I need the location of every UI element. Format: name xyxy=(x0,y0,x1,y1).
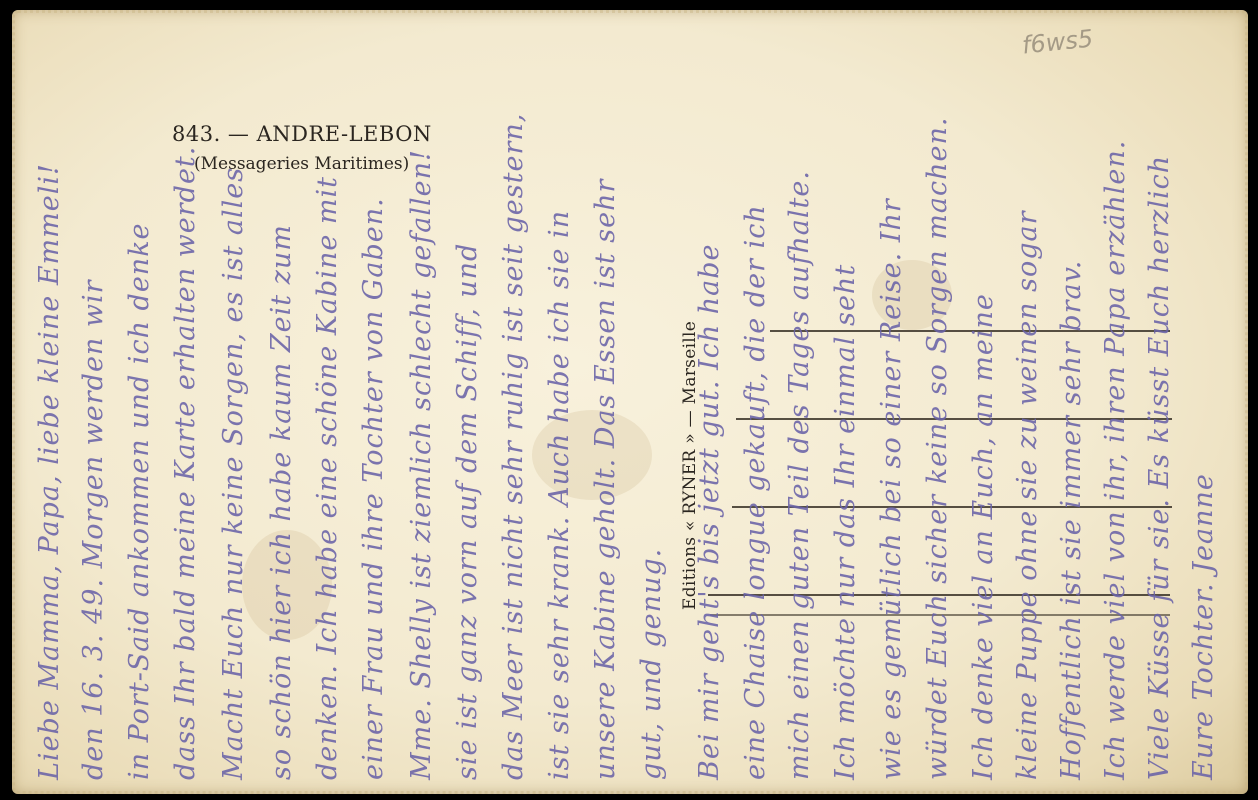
pencil-annotation: f6ws5 xyxy=(1021,24,1095,59)
handwriting-line: denken. Ich habe eine schöne Kabine mit xyxy=(312,176,343,780)
handwriting-signature: Eure Tochter. Jeanne xyxy=(1188,473,1219,780)
handwriting-line: Viele Küsse für sie. Es küsst Euch herzl… xyxy=(1144,155,1175,780)
handwriting-line: unsere Kabine geholt. Das Essen ist sehr xyxy=(590,179,621,780)
ship-name-caption: 843. — ANDRE-LEBON xyxy=(172,122,432,146)
handwriting-line: in Port-Said ankommen und ich denke xyxy=(124,222,155,780)
handwriting-line: Ich denke viel an Euch, an meine xyxy=(968,293,999,780)
handwriting-line: Mme. Shelly ist ziemlich schlecht gefall… xyxy=(406,149,437,780)
postcard-back: 843. — ANDRE-LEBON (Messageries Maritime… xyxy=(12,10,1248,794)
handwriting-line: mich einen guten Teil des Tages aufhalte… xyxy=(784,170,815,780)
handwriting-line: einer Frau und ihre Tochter von Gaben. xyxy=(358,197,389,780)
handwriting-line: das Meer ist nicht sehr ruhig ist seit g… xyxy=(498,113,529,780)
handwriting-line: Liebe Mamma, Papa, liebe kleine Emmeli! xyxy=(34,163,65,780)
handwriting-line: Ich möchte nur das Ihr einmal seht xyxy=(830,264,861,780)
handwriting-line: Hoffentlich ist sie immer sehr brav. xyxy=(1056,260,1087,780)
handwriting-line: Ich werde viel von ihr, ihren Papa erzäh… xyxy=(1100,140,1131,780)
handwriting-line: sie ist ganz vorn auf dem Schiff, und xyxy=(452,243,483,780)
handwriting-line: dass Ihr bald meine Karte erhalten werde… xyxy=(170,146,201,780)
handwriting-line: Macht Euch nur keine Sorgen, es ist alle… xyxy=(218,167,249,780)
handwriting-line: würdet Euch sicher keine so Sorgen mache… xyxy=(922,117,953,780)
handwriting-line: kleine Puppe ohne sie zu weinen sogar xyxy=(1012,210,1043,780)
handwriting-line: so schön hier ich habe kaum Zeit zum xyxy=(266,224,297,780)
handwriting-line: ist sie sehr krank. Auch habe ich sie in xyxy=(544,210,575,780)
handwriting-line: wie es gemütlich bei so einer Reise. Ihr xyxy=(876,198,907,780)
handwriting-line: gut, und genug. xyxy=(636,548,667,780)
handwriting-line: den 16. 3. 49. Morgen werden wir xyxy=(78,279,109,780)
handwriting-line: eine Chaise longue gekauft, die der ich xyxy=(740,204,771,780)
handwriting-line: Bei mir geht's bis jetzt gut. Ich habe xyxy=(694,243,725,780)
